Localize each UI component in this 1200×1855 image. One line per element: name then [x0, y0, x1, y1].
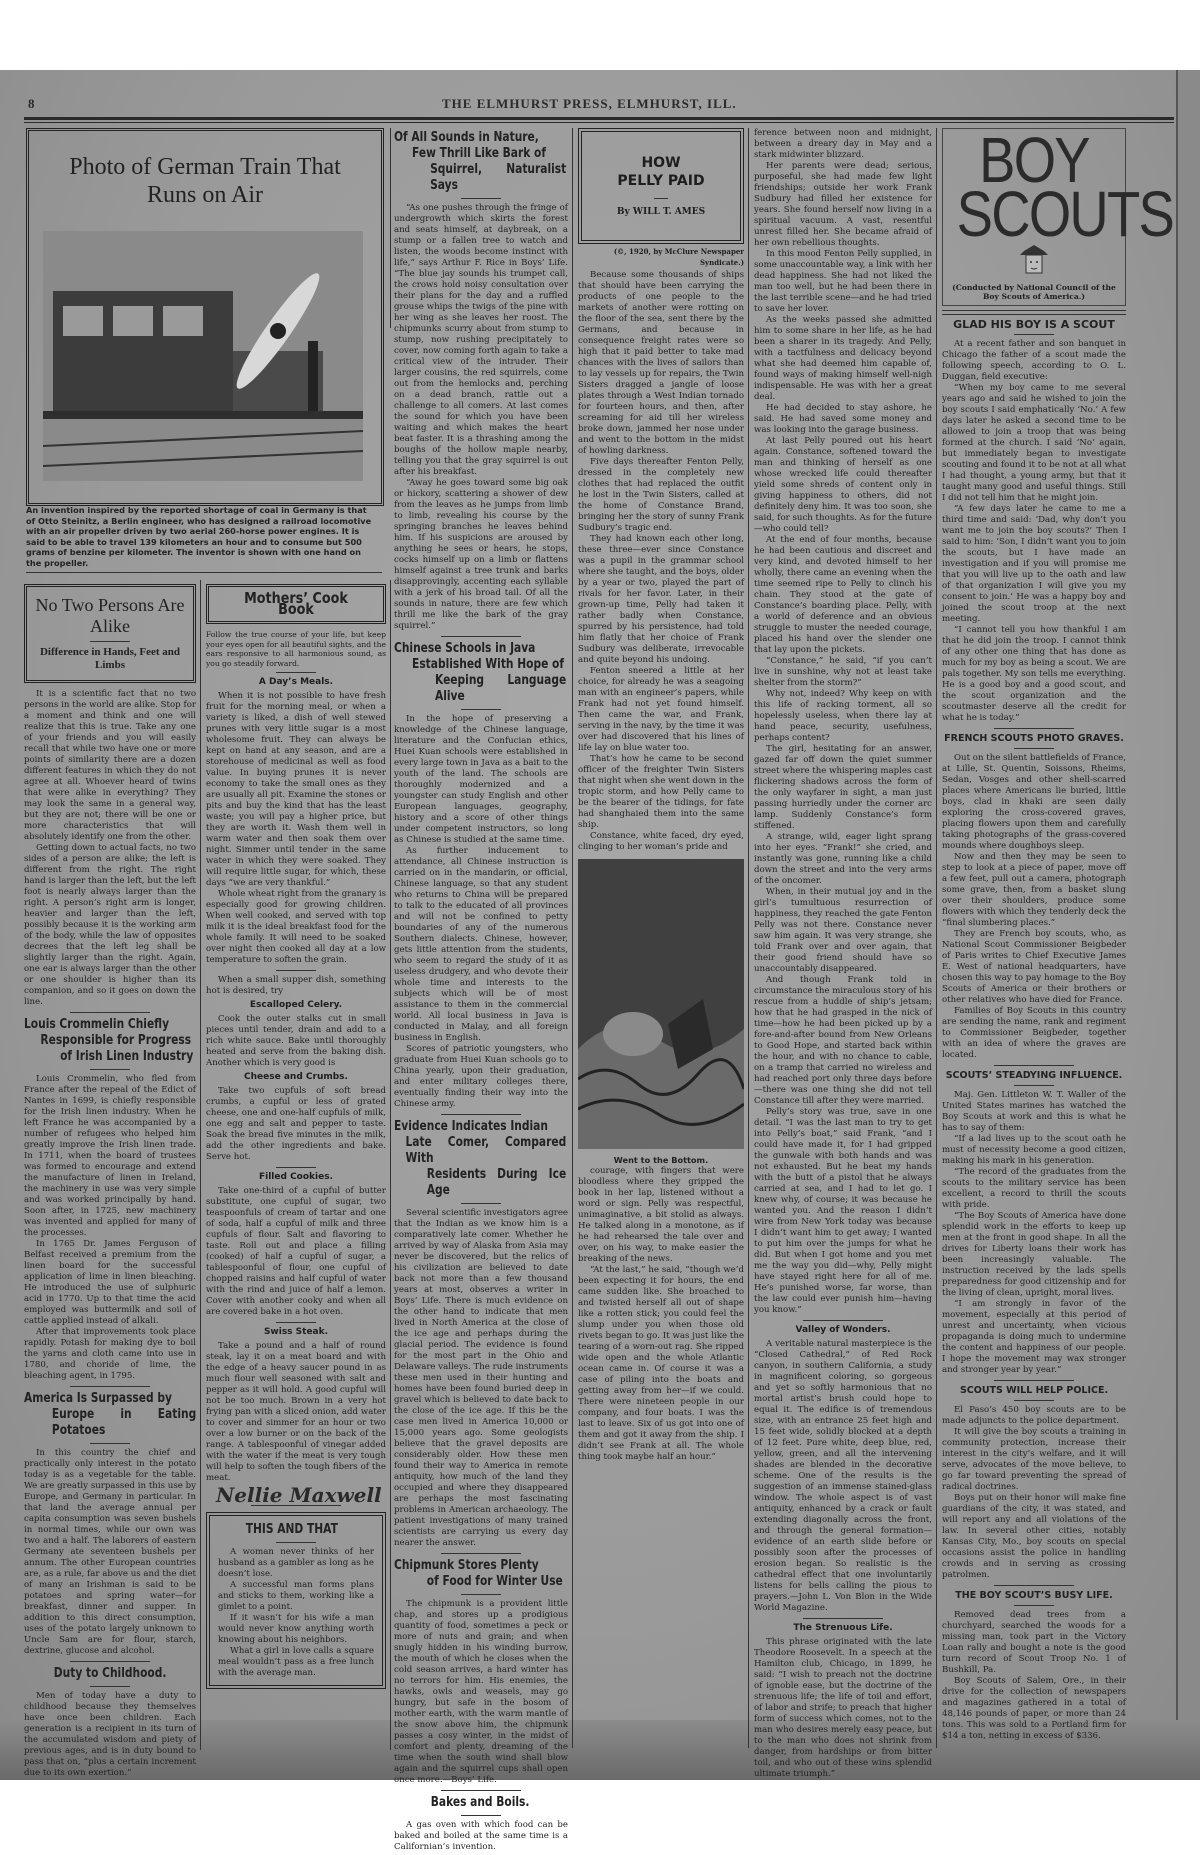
this-and-that-item: If it wasn’t for his wife a man would ne… [218, 1613, 374, 1646]
page-number: 8 [28, 96, 35, 112]
dash-rule [276, 1322, 316, 1323]
dash-rule [276, 1167, 316, 1168]
this-and-that-headline: THIS AND THAT [218, 1522, 366, 1538]
dash-rule [1014, 1085, 1054, 1086]
scout-article-paragraph: Families of Boy Scouts in this country a… [942, 1006, 1126, 1061]
recipe-paragraph: Cook the outer stalks cut in small piece… [206, 1014, 386, 1069]
train-headline: Photo of German Train That Runs on Air [29, 153, 381, 209]
pelly-illustration [578, 859, 744, 1149]
pelly-paragraph: courage, with fingers that were bloodles… [578, 1166, 744, 1265]
headline-line: Louis Crommelin Chiefly [24, 1017, 196, 1033]
dash-rule [90, 1686, 130, 1687]
headline-line: HOW [582, 154, 740, 172]
headline-line: Chipmunk Stores Plenty [394, 1558, 566, 1574]
scout-article-paragraph: Boys put on their honor will make fine g… [942, 1493, 1126, 1581]
pelly-paragraph: Constance, white faced, dry eyed, clingi… [578, 831, 744, 853]
dash-rule [994, 1380, 1074, 1381]
dash-rule [90, 1443, 130, 1444]
scout-article-paragraph: They are French boy scouts, who, as Nati… [942, 929, 1126, 1006]
crommelin-paragraph: After that improvements took place rapid… [24, 1327, 196, 1382]
headline-line: America Is Surpassed by [24, 1391, 196, 1407]
cookbook-headline: Mothers’ Cook Book [225, 593, 366, 615]
column-rule [390, 580, 391, 1750]
chipmunk-headline: Chipmunk Stores Plenty of Food for Winte… [394, 1558, 566, 1590]
valley-headline: Valley of Wonders. [754, 1325, 932, 1336]
pelly-paragraph: Pelly’s story was true, save in one deta… [754, 1107, 932, 1316]
java-paragraph: As further inducement to attendance, all… [394, 846, 568, 1044]
pelly-paragraph: A strange, wild, eager light sprang into… [754, 832, 932, 887]
pelly-paragraph: He had decided to stay ashore, he said. … [754, 403, 932, 436]
newspaper-title: THE ELMHURST PRESS, ELMHURST, ILL. [442, 96, 737, 112]
recipe-paragraph: Take one-third of a cupful of butter sub… [206, 1186, 386, 1318]
dash-rule [803, 1320, 883, 1321]
persons-paragraph: Getting down to actual facts, no two sid… [24, 843, 196, 1008]
scout-article-headline: FRENCH SCOUTS PHOTO GRAVES. [942, 733, 1126, 744]
squirrel-paragraph: “As one pushes through the fringe of und… [394, 203, 568, 478]
headline-line: of Food for Winter Use [394, 1574, 566, 1590]
dash-rule [994, 728, 1074, 729]
pelly-paragraph: When, in their mutual joy and in the gir… [754, 887, 932, 975]
crommelin-headline: Louis Crommelin Chiefly Responsible for … [24, 1017, 196, 1065]
scout-article-paragraph: “I cannot tell you how thankful I am tha… [942, 625, 1126, 724]
persons-headline-box: No Two Persons Are Alike Difference in H… [24, 584, 196, 683]
cookbook-signature: Nellie Maxwell [216, 1490, 386, 1501]
dash-rule [994, 1585, 1074, 1586]
boy-scouts-header: BOY SCOUTS (Conducted by National Counci… [942, 128, 1126, 306]
dash-rule [276, 672, 316, 673]
dash-rule [1014, 334, 1054, 335]
scout-article-paragraph: “A few days later he came to me a third … [942, 504, 1126, 625]
java-paragraph: In the hope of preserving a knowledge of… [394, 714, 568, 846]
scout-article-headline: SCOUTS’ STEADYING INFLUENCE. [942, 1070, 1126, 1081]
dash-rule [654, 198, 668, 199]
pelly-illustration-caption: Went to the Bottom. [578, 1155, 744, 1166]
pelly-paragraph: ference between noon and midnight, betwe… [754, 128, 932, 161]
dash-rule [276, 1542, 316, 1543]
indian-paragraph: Several scientific investigators agree t… [394, 1208, 568, 1549]
dash-rule [441, 1790, 521, 1791]
dash-rule [70, 1386, 150, 1387]
cookbook-headline-box: Mothers’ Cook Book [206, 584, 386, 624]
childhood-paragraph: Men of today have a duty to childhood be… [24, 1691, 196, 1779]
this-and-that-item: A woman never thinks of her husband as a… [218, 1547, 374, 1580]
childhood-headline: Duty to Childhood. [24, 1666, 196, 1682]
persons-subhead: Difference in Hands, Feet and Limbs [31, 646, 189, 672]
pelly-paragraph: “At the last,” he said, “though we’d bee… [578, 1265, 744, 1463]
crommelin-paragraph: In 1765 Dr. James Ferguson of Belfast re… [24, 1239, 196, 1327]
strenuous-paragraph: This phrase originated with the late The… [754, 1637, 932, 1780]
dash-rule [461, 709, 501, 710]
bakes-headline: Bakes and Boils. [394, 1795, 566, 1811]
masthead: 8 THE ELMHURST PRESS, ELMHURST, ILL. [24, 96, 1174, 116]
scout-article-paragraph: “The record of the graduates from the sc… [942, 1167, 1126, 1211]
dash-rule [1014, 748, 1054, 749]
java-headline: Chinese Schools in Java Established With… [394, 641, 566, 705]
recipe-paragraph: When it is not possible to have fresh fr… [206, 691, 386, 889]
scout-article-paragraph: Now and then they may be seen to step to… [942, 852, 1126, 929]
headline-line: Responsible for Progress [24, 1033, 196, 1049]
pelly-paragraph: Her parents were dead; serious, purposef… [754, 161, 932, 249]
scout-article-paragraph: At a recent father and son banquet in Ch… [942, 339, 1126, 383]
this-and-that-box: THIS AND THAT A woman never thinks of he… [206, 1512, 386, 1689]
strenuous-headline: The Strenuous Life. [754, 1623, 932, 1634]
dash-rule [1014, 1400, 1054, 1401]
dash-rule [276, 970, 316, 971]
recipe-title: Filled Cookies. [206, 1172, 386, 1183]
headline-line: Squirrel, Naturalist Says [394, 162, 566, 194]
pelly-paragraph: The girl, hesitating for an answer, gaze… [754, 744, 932, 832]
scout-article-paragraph: “The Boy Scouts of America have done spl… [942, 1211, 1126, 1299]
recipe-title: Swiss Steak. [206, 1327, 386, 1338]
scout-article-headline: SCOUTS WILL HELP POLICE. [942, 1385, 1126, 1396]
scout-article-paragraph: Maj. Gen. Littleton W. T. Waller of the … [942, 1090, 1126, 1134]
column-rule [936, 128, 937, 1748]
pelly-paragraph: Fenton sneered a little at her choice, f… [578, 666, 744, 754]
pelly-paragraph: At the end of four months, because he ha… [754, 535, 932, 656]
masthead-rule-thin [24, 122, 1174, 123]
scout-article-paragraph: It will give the boy scouts a training i… [942, 1427, 1126, 1493]
recipe-title: Cheese and Crumbs. [206, 1072, 386, 1083]
pelly-paragraph: Why not, indeed? Why keep on with this l… [754, 689, 932, 744]
section-rule [942, 310, 1126, 315]
column-rule [390, 128, 391, 328]
section-rule [26, 572, 382, 573]
recipe-title: Escalloped Celery. [206, 1000, 386, 1011]
column-pelly-2: ference between noon and midnight, betwe… [754, 128, 932, 1780]
column-rule [748, 128, 749, 1748]
dash-rule [461, 1203, 501, 1204]
recipe-title: A Day’s Meals. [206, 677, 386, 688]
boy-scouts-conducted-by: (Conducted by National Council of the Bo… [943, 283, 1125, 301]
scout-article-paragraph: Removed dead trees from a churchyard, se… [942, 1610, 1126, 1676]
column-rule [572, 128, 573, 1748]
column-boy-scouts: BOY SCOUTS (Conducted by National Counci… [942, 128, 1126, 1742]
column-pelly-1: HOW PELLY PAID By WILL T. AMES (©, 1920,… [578, 128, 744, 1463]
dash-rule [461, 198, 501, 199]
page-edge [1176, 70, 1200, 1780]
headline-line: Few Thrill Like Bark of [394, 146, 566, 162]
scout-article-paragraph: Out on the silent battlefields of France… [942, 753, 1126, 852]
train-illustration-icon [43, 231, 363, 481]
dash-rule [441, 636, 521, 637]
train-caption: An invention inspired by the reported sh… [26, 505, 378, 568]
train-photo [43, 231, 363, 481]
headline-line: Of All Sounds in Nature, [394, 130, 566, 146]
column-left: No Two Persons Are Alike Difference in H… [24, 584, 196, 1779]
squirrel-paragraph: “Away he goes toward some big oak or hic… [394, 478, 568, 632]
persons-paragraph: It is a scientific fact that no two pers… [24, 689, 196, 843]
scout-article-paragraph: Boy Scouts of Salem, Ore., in their driv… [942, 1676, 1126, 1742]
recipe-paragraph: Whole wheat right from the granary is es… [206, 889, 386, 966]
dash-rule [70, 1012, 150, 1013]
headline-line: PELLY PAID [582, 172, 740, 190]
recipe-paragraph: Take two cupfuls of soft bread crumbs, a… [206, 1086, 386, 1163]
this-and-that-item: A successful man forms plans and sticks … [218, 1580, 374, 1613]
squirrel-headline: Of All Sounds in Nature, Few Thrill Like… [394, 130, 566, 194]
scout-article-paragraph: “I am strongly in favor of the movement,… [942, 1299, 1126, 1376]
bakes-paragraph: A gas oven with which food can be baked … [394, 1820, 568, 1853]
pelly-paragraph: At last Pelly poured out his heart again… [754, 436, 932, 535]
this-and-that-item: What a girl in love calls a square meal … [218, 1646, 374, 1679]
dash-rule [441, 1553, 521, 1554]
pelly-paragraph: And though Frank told in circumstance th… [754, 975, 932, 1107]
crommelin-paragraph: Louis Crommelin, who fled from France af… [24, 1074, 196, 1239]
pelly-copyright: (©, 1920, by McClure Newspaper Syndicate… [578, 246, 744, 268]
recipe-paragraph: Take a pound and a half of round steak, … [206, 1341, 386, 1484]
dash-rule [803, 1618, 883, 1619]
headline-line: of Irish Linen Industry [24, 1049, 196, 1065]
headline-line: Late Comer, Compared With [394, 1135, 566, 1167]
headline-line: Evidence Indicates Indian [394, 1119, 566, 1135]
indian-headline: Evidence Indicates Indian Late Comer, Co… [394, 1119, 566, 1199]
pelly-byline: By WILL T. AMES [582, 207, 740, 218]
scout-article-headline: THE BOY SCOUT’S BUSY LIFE. [942, 1590, 1126, 1601]
pelly-headline-box: HOW PELLY PAID By WILL T. AMES [578, 128, 744, 244]
column-nature: Of All Sounds in Nature, Few Thrill Like… [394, 130, 568, 1853]
persons-headline: No Two Persons Are Alike [31, 595, 189, 637]
dash-rule [90, 1069, 130, 1070]
java-paragraph: Scores of patriotic youngsters, who grad… [394, 1044, 568, 1110]
column-cookbook: Mothers’ Cook Book Follow the true cours… [206, 584, 386, 1689]
pelly-paragraph: In this mood Fenton Pelly supplied, in s… [754, 249, 932, 315]
pelly-paragraph: They had known each other long, these th… [578, 534, 744, 666]
pelly-paragraph: Five days thereafter Fenton Pelly, dress… [578, 457, 744, 534]
train-photo-box: Photo of German Train That Runs on Air [26, 128, 384, 506]
sinking-ship-illustration-icon [578, 859, 744, 1149]
column-rule [200, 580, 201, 1750]
dash-rule [461, 1594, 501, 1595]
chipmunk-paragraph: The chipmunk is a provident little chap,… [394, 1599, 568, 1786]
scout-article-paragraph: “If a lad lives up to the scout oath he … [942, 1134, 1126, 1167]
pelly-paragraph: “Constance,” he said, “if you can’t live… [754, 656, 932, 689]
scout-article-paragraph: “When my boy came to me several years ag… [942, 383, 1126, 504]
scout-article-paragraph: El Paso’s 450 boy scouts are to be made … [942, 1405, 1126, 1427]
dash-rule [441, 1114, 521, 1115]
dash-rule [994, 1065, 1074, 1066]
valley-paragraph: A veritable natural masterpiece is the “… [754, 1339, 932, 1614]
recipe-paragraph: When a small supper dish, something hot … [206, 975, 386, 997]
pelly-headline: HOW PELLY PAID [582, 154, 740, 190]
boy-scouts-title-line2: SCOUTS [957, 187, 1112, 241]
pelly-paragraph: That’s how he came to be second officer … [578, 754, 744, 831]
pelly-paragraph: As the weeks passed she admitted him to … [754, 315, 932, 403]
dash-rule [70, 1661, 150, 1662]
masthead-rule [24, 117, 1174, 120]
potatoes-paragraph: In this country the chief and practicall… [24, 1448, 196, 1657]
cookbook-motto: Follow the true course of your life, but… [206, 630, 386, 668]
dash-rule [1014, 1605, 1054, 1606]
headline-line: Europe in Eating Potatoes [24, 1407, 196, 1439]
headline-line: Residents During Ice Age [394, 1167, 566, 1199]
scout-article-headline: GLAD HIS BOY IS A SCOUT [942, 319, 1126, 330]
dash-rule [90, 641, 130, 642]
potatoes-headline: America Is Surpassed by Europe in Eating… [24, 1391, 196, 1439]
dash-rule [461, 1815, 501, 1816]
headline-line: Chinese Schools in Java [394, 641, 566, 657]
headline-line: Keeping Language Alive [394, 673, 566, 705]
pelly-paragraph: Because some thousands of ships that sho… [578, 270, 744, 457]
headline-line: Established With Hope of [394, 657, 566, 673]
